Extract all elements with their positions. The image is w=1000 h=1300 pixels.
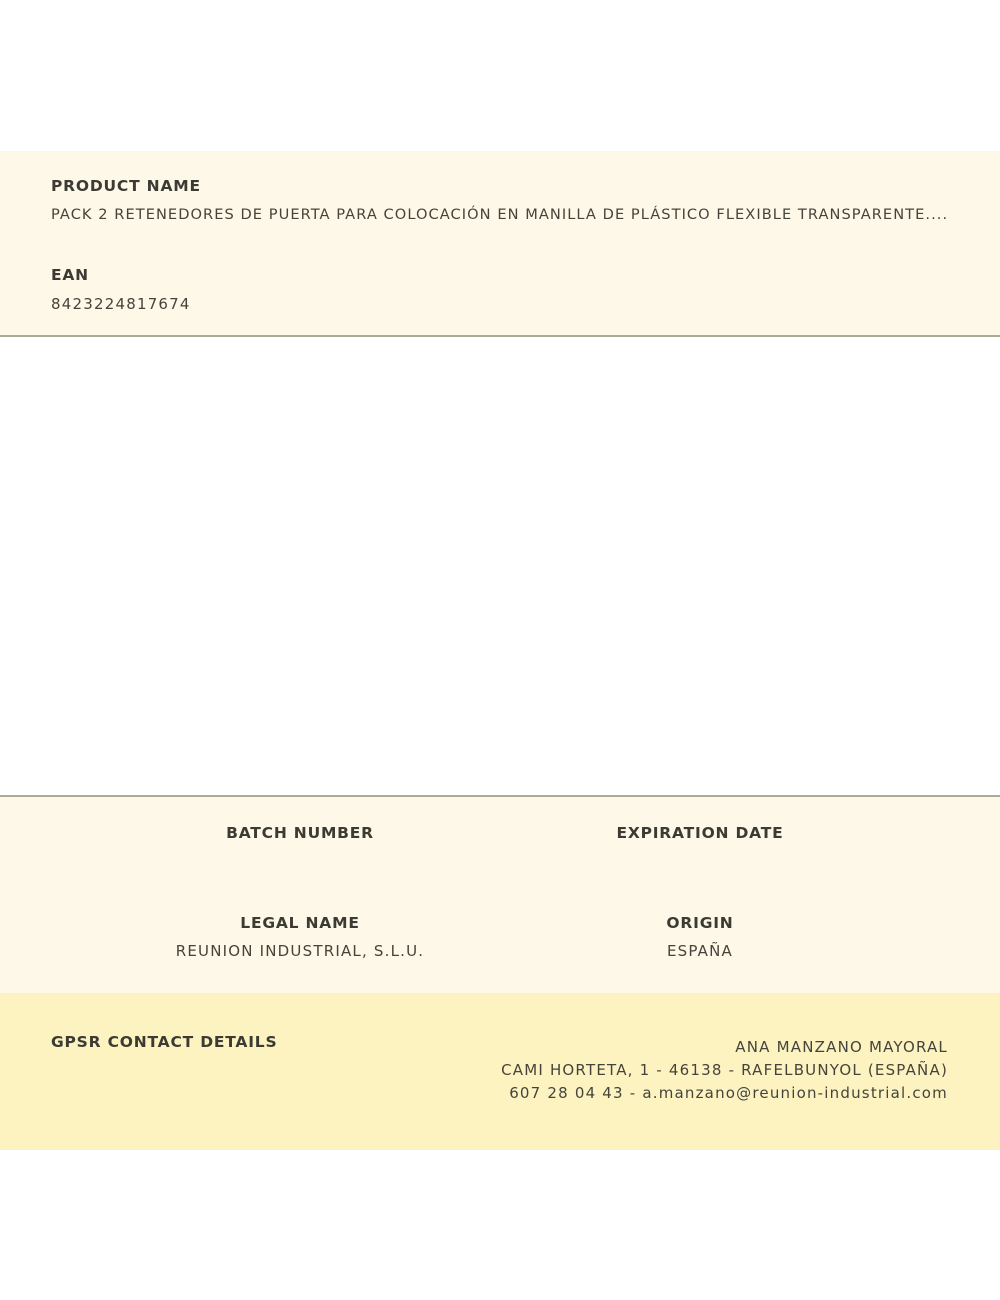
gpsr-contact-section: GPSR CONTACT DETAILS ANA MANZANO MAYORAL…: [0, 993, 1000, 1150]
product-info-section: PRODUCT NAME PACK 2 RETENEDORES DE PUERT…: [0, 151, 1000, 337]
ean-value: 8423224817674: [51, 295, 191, 313]
expiration-date-field: EXPIRATION DATE: [450, 824, 950, 852]
gpsr-contact-label: GPSR CONTACT DETAILS: [51, 1033, 277, 1051]
contact-phone-email: 607 28 04 43 - a.manzano@reunion-industr…: [501, 1079, 948, 1107]
contact-details: ANA MANZANO MAYORAL CAMI HORTETA, 1 - 46…: [501, 1033, 948, 1107]
origin-value: ESPAÑA: [450, 942, 950, 960]
ean-label: EAN: [51, 266, 89, 284]
product-name-label: PRODUCT NAME: [51, 177, 201, 195]
origin-label: ORIGIN: [450, 914, 950, 932]
product-name-value: PACK 2 RETENEDORES DE PUERTA PARA COLOCA…: [51, 206, 948, 223]
origin-field: ORIGIN ESPAÑA: [450, 914, 950, 960]
product-details-section: BATCH NUMBER EXPIRATION DATE LEGAL NAME …: [0, 795, 1000, 995]
expiration-date-label: EXPIRATION DATE: [450, 824, 950, 842]
